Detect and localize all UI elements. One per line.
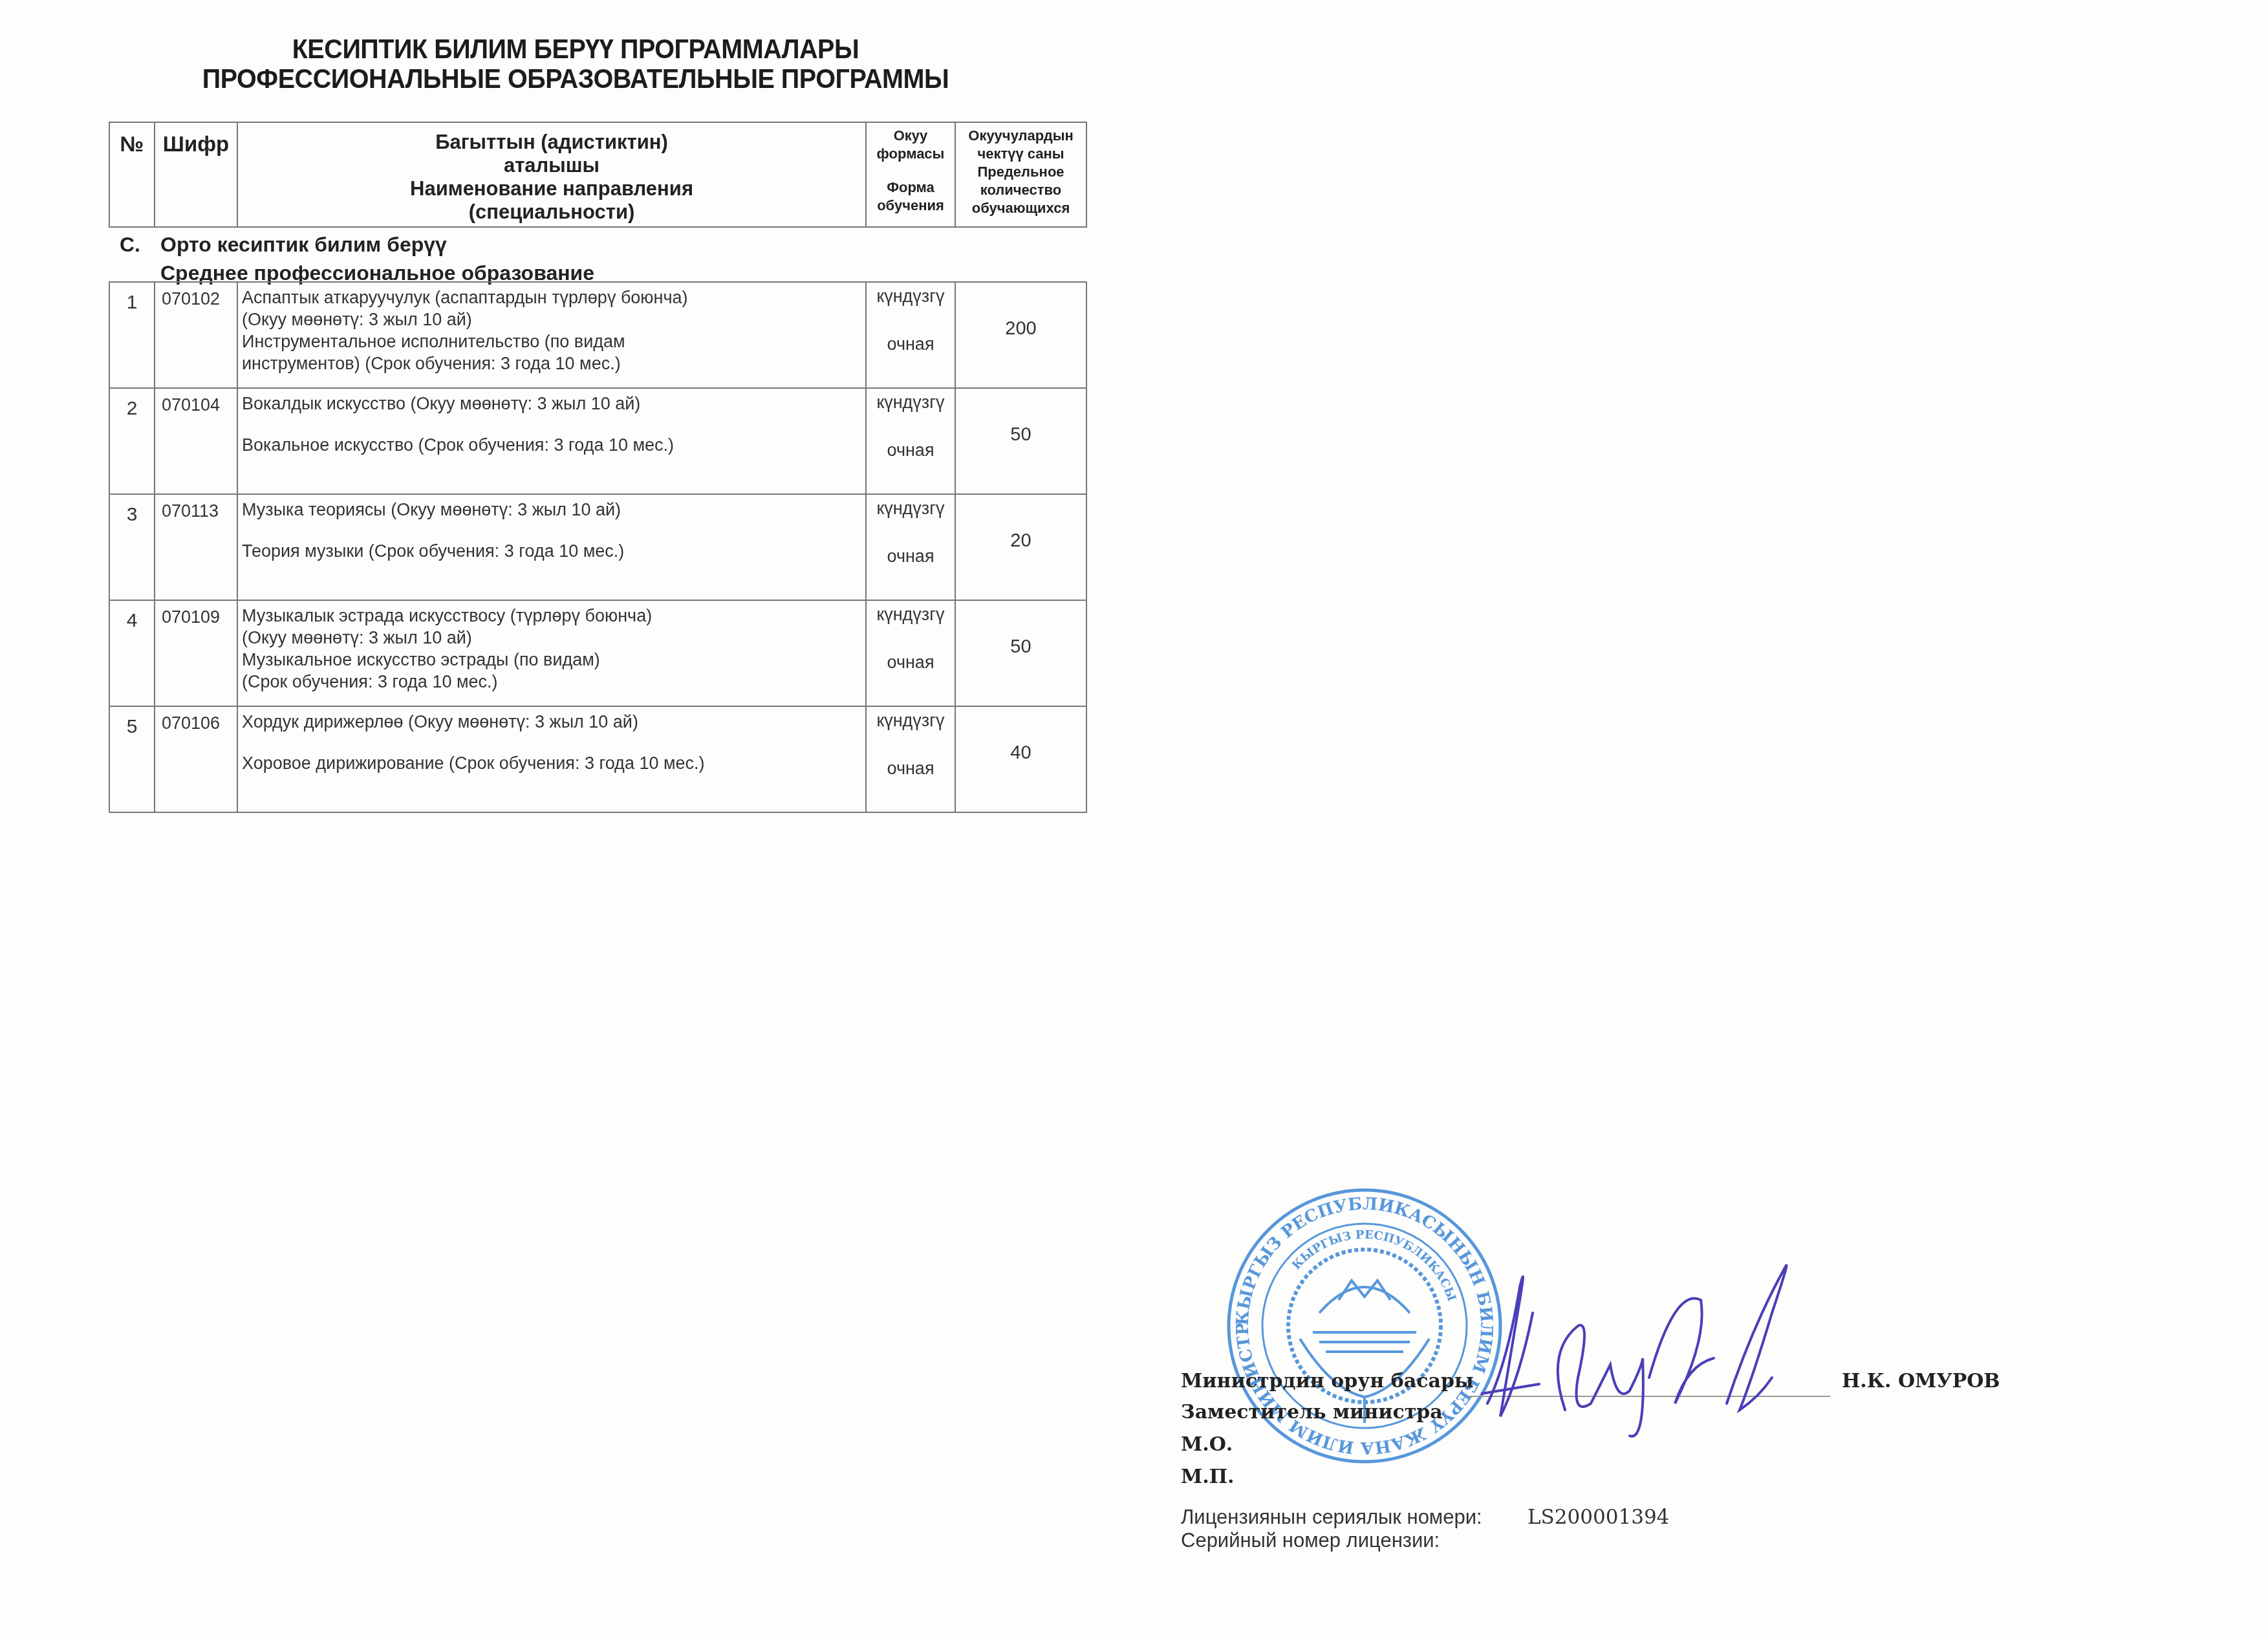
row-name: Хордук дирижерлөө (Окуу мөөнөтү: 3 жыл 1…	[237, 706, 866, 812]
programs-table: 1070102Аспаптык аткаруучулук (аспаптарды…	[109, 281, 1087, 813]
row-student-limit: 50	[955, 388, 1086, 494]
header-count-ky-1: Окуучулардын	[956, 127, 1086, 145]
row-code: 070109	[155, 600, 237, 706]
row-code: 070106	[155, 706, 237, 812]
row-form-ky: күндүзгү	[867, 603, 955, 625]
header-form-ru-1: Форма	[867, 179, 955, 197]
table-row: 4070109Музыкалык эстрада искусствосу (тү…	[109, 600, 1086, 706]
header-count: Окуучулардын чектүү саны Предельное коли…	[955, 122, 1086, 227]
header-name-ru-1: Наименование направления	[238, 177, 865, 200]
row-study-form: күндүзгүочная	[866, 282, 955, 388]
row-code: 070104	[155, 388, 237, 494]
row-name-ru-1: Хоровое дирижирование (Срок обучения: 3 …	[242, 752, 860, 774]
header-name-ky-1: Багыттын (адистиктин)	[238, 131, 865, 154]
row-form-ky: күндүзгү	[867, 497, 955, 519]
row-name-ky-2: (Окуу мөөнөтү: 3 жыл 10 ай)	[242, 627, 860, 649]
row-form-ru: очная	[867, 651, 955, 673]
handwritten-signature-icon	[1481, 1248, 1830, 1455]
table-row: 5070106Хордук дирижерлөө (Окуу мөөнөтү: …	[109, 706, 1086, 812]
header-form-ky-1: Окуу	[867, 127, 955, 145]
row-name-ru-1: Теория музыки (Срок обучения: 3 года 10 …	[242, 540, 860, 562]
signatory-position-ru: Заместитель министра	[1181, 1401, 1443, 1424]
row-study-form: күндүзгүочная	[866, 706, 955, 812]
row-name-ru-1: Вокальное искусство (Срок обучения: 3 го…	[242, 434, 860, 456]
table-row: 2070104Вокалдык искусство (Окуу мөөнөтү:…	[109, 388, 1086, 494]
table-row: 1070102Аспаптык аткаруучулук (аспаптарды…	[109, 282, 1086, 388]
row-form-ru: очная	[867, 439, 955, 461]
signatory-name: Н.К. ОМУРОВ	[1842, 1370, 2000, 1392]
row-code: 070113	[155, 494, 237, 600]
row-form-ru: очная	[867, 545, 955, 567]
row-study-form: күндүзгүочная	[866, 600, 955, 706]
license-number: LS200001394	[1528, 1506, 1669, 1529]
row-form-ru: очная	[867, 333, 955, 355]
row-name-ru-1: Музыкальное искусство эстрады (по видам)	[242, 649, 860, 671]
row-number: 4	[109, 600, 155, 706]
header-number: №	[109, 122, 155, 227]
row-name: Музыка теориясы (Окуу мөөнөтү: 3 жыл 10 …	[237, 494, 866, 600]
section-title-ky: Орто кесиптик билим берүү	[160, 233, 447, 256]
header-form-ky-2: формасы	[867, 145, 955, 163]
document-title-ru: ПРОФЕССИОНАЛЬНЫЕ ОБРАЗОВАТЕЛЬНЫЕ ПРОГРАМ…	[46, 63, 1105, 95]
header-name: Багыттын (адистиктин) аталышы Наименован…	[237, 122, 866, 227]
row-name-ky-1: Вокалдык искусство (Окуу мөөнөтү: 3 жыл …	[242, 393, 860, 415]
header-form: Окуу формасы Форма обучения	[866, 122, 955, 227]
row-number: 3	[109, 494, 155, 600]
row-study-form: күндүзгүочная	[866, 494, 955, 600]
header-name-ky-2: аталышы	[238, 154, 865, 177]
header-code: Шифр	[155, 122, 237, 227]
table-header: № Шифр Багыттын (адистиктин) аталышы Наи…	[109, 122, 1087, 228]
header-count-ky-2: чектүү саны	[956, 145, 1086, 163]
header-count-ru-2: количество	[956, 181, 1086, 199]
row-name-ru-1: Инструментальное исполнительство (по вид…	[242, 330, 860, 352]
row-name-ru-2: (Срок обучения: 3 года 10 мес.)	[242, 671, 860, 693]
row-number: 5	[109, 706, 155, 812]
row-name-ky-1: Музыкалык эстрада искусствосу (түрлөрү б…	[242, 605, 860, 627]
header-form-ru-2: обучения	[867, 197, 955, 215]
row-form-ky: күндүзгү	[867, 391, 955, 413]
ministry-seal-icon: КЫРГЫЗ РЕСПУБЛИКАСЫНЫН БИЛИМ БЕРҮҮ ЖАНА …	[1222, 1184, 1507, 1468]
license-label-ky: Лицензиянын сериялык номери:	[1181, 1506, 1482, 1529]
row-student-limit: 40	[955, 706, 1086, 812]
row-name-ru-2: инструментов) (Срок обучения: 3 года 10 …	[242, 352, 860, 374]
header-count-ru-3: обучающихся	[956, 199, 1086, 217]
section-heading: С.Орто кесиптик билим берүү Среднее проф…	[120, 230, 594, 287]
license-label-ru: Серийный номер лицензии:	[1181, 1529, 1440, 1552]
row-name-ky-2: (Окуу мөөнөтү: 3 жыл 10 ай)	[242, 309, 860, 330]
row-study-form: күндүзгүочная	[866, 388, 955, 494]
seal-place-ru: М.П.	[1181, 1466, 1234, 1488]
row-form-ky: күндүзгү	[867, 285, 955, 307]
row-student-limit: 200	[955, 282, 1086, 388]
row-name-ky-1: Аспаптык аткаруучулук (аспаптардын түрлө…	[242, 287, 860, 309]
row-student-limit: 20	[955, 494, 1086, 600]
row-form-ky: күндүзгү	[867, 709, 955, 731]
table-row: 3070113Музыка теориясы (Окуу мөөнөтү: 3 …	[109, 494, 1086, 600]
row-name-ky-1: Музыка теориясы (Окуу мөөнөтү: 3 жыл 10 …	[242, 499, 860, 521]
seal-place-ky: М.О.	[1181, 1433, 1233, 1456]
row-student-limit: 50	[955, 600, 1086, 706]
header-name-ru-2: (специальности)	[238, 200, 865, 224]
row-name: Аспаптык аткаруучулук (аспаптардын түрлө…	[237, 282, 866, 388]
row-number: 2	[109, 388, 155, 494]
section-letter: С.	[120, 230, 160, 259]
row-name: Вокалдык искусство (Окуу мөөнөтү: 3 жыл …	[237, 388, 866, 494]
row-form-ru: очная	[867, 757, 955, 779]
row-name: Музыкалык эстрада искусствосу (түрлөрү б…	[237, 600, 866, 706]
row-code: 070102	[155, 282, 237, 388]
row-name-ky-1: Хордук дирижерлөө (Окуу мөөнөтү: 3 жыл 1…	[242, 711, 860, 733]
row-number: 1	[109, 282, 155, 388]
document-title-ky: КЕСИПТИК БИЛИМ БЕРҮҮ ПРОГРАММАЛАРЫ	[46, 34, 1105, 65]
signatory-position-ky: Министрдин орун басары	[1181, 1370, 1474, 1392]
header-count-ru-1: Предельное	[956, 163, 1086, 181]
